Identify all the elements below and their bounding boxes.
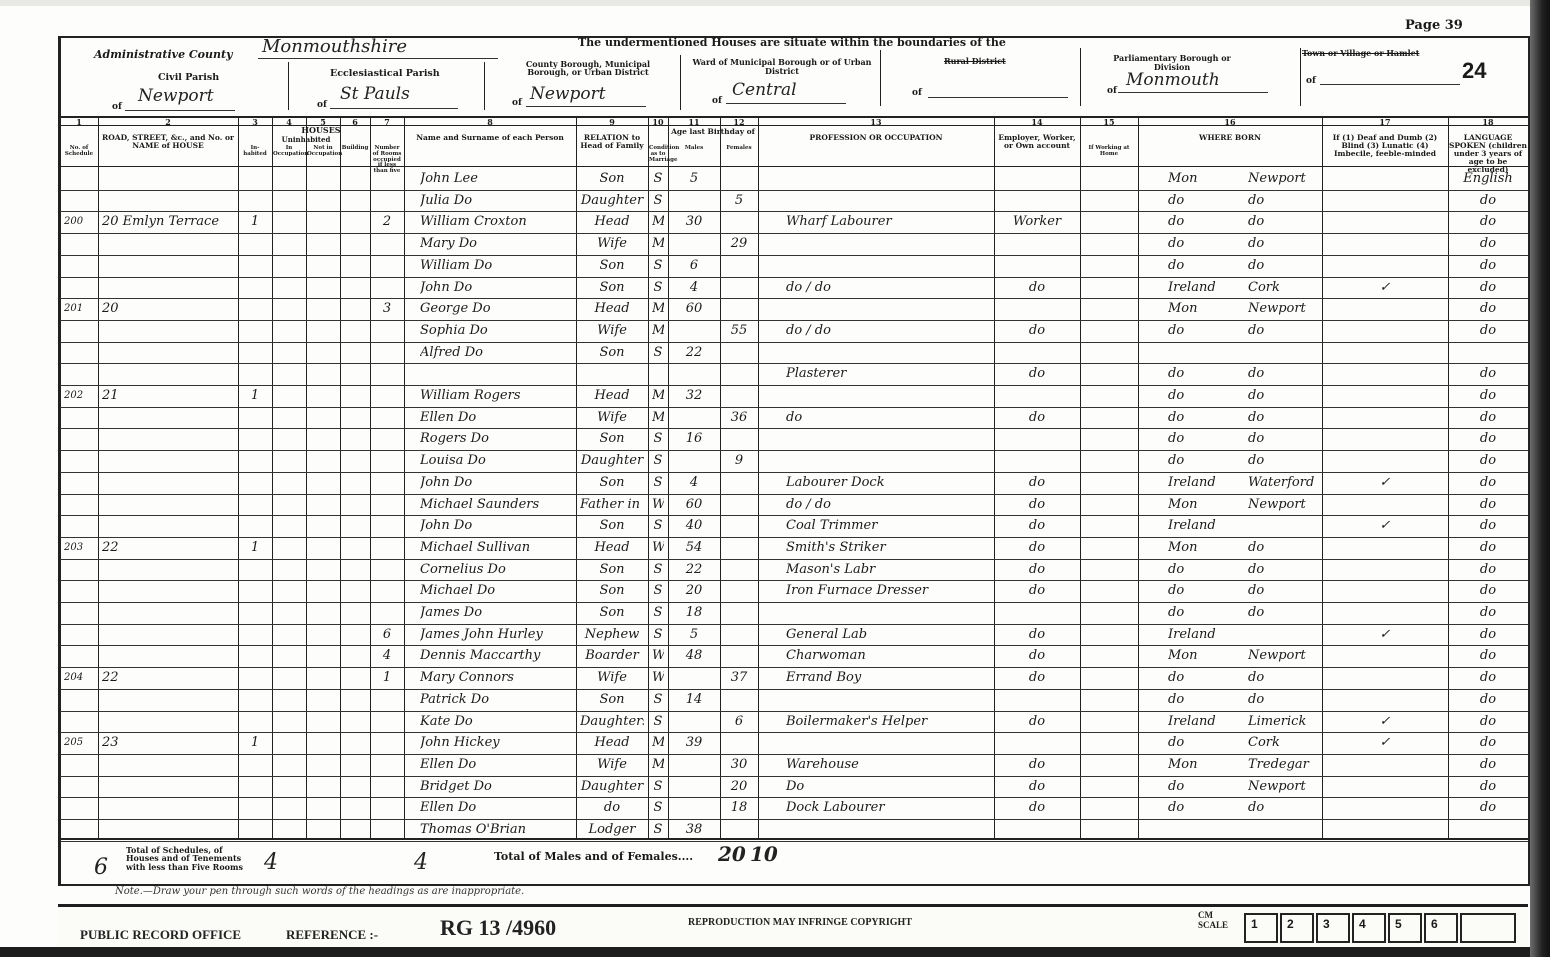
- inhabited-count: [242, 320, 268, 342]
- schedule-number: [64, 363, 94, 385]
- inhabited-count: [242, 472, 268, 494]
- column-header: ROAD, STREET, &c., and No. or NAME of HO…: [99, 134, 237, 150]
- inhabited-count: [242, 754, 268, 776]
- employment-status: do: [998, 277, 1076, 299]
- marital-condition: S: [652, 624, 664, 646]
- birthplace-county: Mon: [1168, 645, 1238, 667]
- age-female: [724, 363, 754, 385]
- address: [102, 342, 234, 364]
- birthplace-town: do: [1248, 190, 1323, 212]
- rooms-count: [374, 168, 400, 190]
- rooms-count: [374, 472, 400, 494]
- birthplace-town: do: [1248, 363, 1323, 385]
- infirmity: [1326, 342, 1444, 364]
- schedule-number: [64, 450, 94, 472]
- employment-status: [998, 450, 1076, 472]
- rooms-count: [374, 776, 400, 798]
- relation: Head: [580, 211, 644, 233]
- marital-condition: S: [652, 342, 664, 364]
- person-name: John Do: [420, 277, 584, 299]
- address: [102, 450, 234, 472]
- schedule-number: [64, 494, 94, 516]
- language: English: [1452, 168, 1524, 190]
- birthplace-county: do: [1168, 428, 1238, 450]
- birthplace-town: do: [1248, 233, 1323, 255]
- inhabited-count: [242, 645, 268, 667]
- infirmity: [1326, 559, 1444, 581]
- inhabited-count: [242, 580, 268, 602]
- birthplace-county: do: [1168, 363, 1238, 385]
- person-name: Dennis Maccarthy: [420, 645, 584, 667]
- birthplace-town: Waterford: [1248, 472, 1323, 494]
- total-schedules: 6: [94, 855, 108, 880]
- birthplace-town: [1248, 515, 1323, 537]
- age-male: 40: [672, 515, 716, 537]
- infirmity: ✓: [1326, 711, 1444, 733]
- inhabited-count: [242, 168, 268, 190]
- schedule-number: [64, 428, 94, 450]
- schedule-number: [64, 624, 94, 646]
- birthplace-county: Ireland: [1168, 711, 1238, 733]
- relation: Son: [580, 342, 644, 364]
- scale-tail: [1460, 913, 1516, 943]
- relation: Daughter: [580, 450, 644, 472]
- marital-condition: S: [652, 450, 664, 472]
- inhabited-count: [242, 689, 268, 711]
- age-male: [672, 233, 716, 255]
- census-row: Julia DoDaughterS5dododo: [60, 190, 1528, 212]
- marital-condition: S: [652, 277, 664, 299]
- birthplace-town: [1248, 342, 1323, 364]
- age-female: [724, 559, 754, 581]
- infirmity: [1326, 428, 1444, 450]
- age-male: 4: [672, 277, 716, 299]
- employment-status: do: [998, 667, 1076, 689]
- language: do: [1452, 797, 1524, 819]
- relation: Son: [580, 168, 644, 190]
- age-male: [672, 190, 716, 212]
- person-name: Sophia Do: [420, 320, 584, 342]
- age-female: [724, 168, 754, 190]
- marital-condition: M: [652, 320, 664, 342]
- age-female: [724, 298, 754, 320]
- birthplace-county: do: [1168, 211, 1238, 233]
- census-row: John DoSonS4do / dodoIrelandCork✓do: [60, 277, 1528, 299]
- employment-status: Worker: [998, 211, 1076, 233]
- header-rule: [58, 166, 1530, 167]
- person-name: Julia Do: [420, 190, 584, 212]
- address: [102, 689, 234, 711]
- schedule-number: [64, 515, 94, 537]
- rooms-count: [374, 754, 400, 776]
- infirmity: [1326, 168, 1444, 190]
- schedule-number: 205: [64, 732, 94, 754]
- occupation: [786, 342, 1014, 364]
- relation: Son: [580, 277, 644, 299]
- age-group-header: Age last Birthday of: [668, 128, 758, 136]
- column-header: Building: [341, 146, 369, 152]
- relation: Son: [580, 428, 644, 450]
- inhabited-count: [242, 624, 268, 646]
- inhabited-count: [242, 255, 268, 277]
- age-male: 4: [672, 472, 716, 494]
- birthplace-county: do: [1168, 580, 1238, 602]
- age-female: [724, 342, 754, 364]
- birthplace-county: do: [1168, 602, 1238, 624]
- person-name: Mary Do: [420, 233, 584, 255]
- language: do: [1452, 754, 1524, 776]
- column-header: No. of Schedule: [61, 146, 97, 158]
- marital-condition: [652, 363, 664, 385]
- occupation: Charwoman: [786, 645, 1014, 667]
- language: [1452, 342, 1524, 364]
- relation: Head: [580, 537, 644, 559]
- employment-status: do: [998, 472, 1076, 494]
- rooms-count: [374, 190, 400, 212]
- rooms-count: 4: [374, 645, 400, 667]
- birthplace-county: do: [1168, 667, 1238, 689]
- occupation: Plasterer: [786, 363, 1014, 385]
- language: do: [1452, 515, 1524, 537]
- age-male: [672, 363, 716, 385]
- scale-label: CM SCALE: [1198, 911, 1238, 931]
- inhabited-count: [242, 711, 268, 733]
- address: [102, 407, 234, 429]
- marital-condition: S: [652, 168, 664, 190]
- birthplace-town: Limerick: [1248, 711, 1323, 733]
- relation: Wife: [580, 233, 644, 255]
- rooms-count: [374, 732, 400, 754]
- age-male: 48: [672, 645, 716, 667]
- birthplace-town: Cork: [1248, 277, 1323, 299]
- birthplace-town: do: [1248, 428, 1323, 450]
- marital-condition: S: [652, 190, 664, 212]
- birthplace-town: do: [1248, 689, 1323, 711]
- rooms-count: [374, 580, 400, 602]
- column-number: 2: [98, 117, 238, 127]
- census-row: Mary DoWifeM29dododo: [60, 233, 1528, 255]
- occupation: [786, 233, 1014, 255]
- person-name: Mary Connors: [420, 667, 584, 689]
- age-male: [672, 320, 716, 342]
- marital-condition: M: [652, 211, 664, 233]
- column-number: 9: [576, 117, 648, 127]
- occupation: Coal Trimmer: [786, 515, 1014, 537]
- language: do: [1452, 277, 1524, 299]
- census-row: Plastererdodododo: [60, 363, 1528, 385]
- infirmity: ✓: [1326, 732, 1444, 754]
- language: do: [1452, 645, 1524, 667]
- employment-status: do: [998, 754, 1076, 776]
- employment-status: [998, 190, 1076, 212]
- relation: Wife: [580, 320, 644, 342]
- column-header: RELATION to Head of Family: [577, 134, 647, 150]
- occupation: [786, 385, 1014, 407]
- person-name: William Rogers: [420, 385, 584, 407]
- rooms-count: [374, 342, 400, 364]
- schedule-number: [64, 754, 94, 776]
- employment-status: do: [998, 776, 1076, 798]
- column-header: In-habited: [239, 146, 271, 158]
- infirmity: [1326, 190, 1444, 212]
- census-row: Michael DoSonS20Iron Furnace Dresserdodo…: [60, 580, 1528, 602]
- language: do: [1452, 233, 1524, 255]
- rooms-count: [374, 494, 400, 516]
- address: [102, 754, 234, 776]
- age-female: 6: [724, 711, 754, 733]
- address: [102, 624, 234, 646]
- employment-status: [998, 602, 1076, 624]
- birthplace-county: [1168, 342, 1238, 364]
- infirmity: [1326, 407, 1444, 429]
- occupation: Warehouse: [786, 754, 1014, 776]
- person-name: Louisa Do: [420, 450, 584, 472]
- birthplace-county: Mon: [1168, 494, 1238, 516]
- address: 22: [102, 667, 234, 689]
- rooms-count: [374, 537, 400, 559]
- infirmity: [1326, 385, 1444, 407]
- address: [102, 363, 234, 385]
- column-header: Condition as to Marriage: [649, 146, 667, 163]
- employment-status: do: [998, 363, 1076, 385]
- census-row: 6James John HurleyNephewS5General LabdoI…: [60, 624, 1528, 646]
- employment-status: do: [998, 537, 1076, 559]
- total-houses: 4: [264, 850, 278, 875]
- birthplace-town: Newport: [1248, 168, 1323, 190]
- marital-condition: S: [652, 776, 664, 798]
- age-female: [724, 602, 754, 624]
- scale-mark: 1: [1244, 913, 1278, 943]
- age-female: [724, 277, 754, 299]
- census-row: Ellen DoWifeM36dododododo: [60, 407, 1528, 429]
- infirmity: [1326, 255, 1444, 277]
- census-row: Bridget DoDaughterS20DododoNewportdo: [60, 776, 1528, 798]
- language: do: [1452, 255, 1524, 277]
- age-female: 20: [724, 776, 754, 798]
- language: do: [1452, 190, 1524, 212]
- language: do: [1452, 776, 1524, 798]
- column-header: Employer, Worker, or Own account: [995, 134, 1079, 150]
- schedule-number: 200: [64, 211, 94, 233]
- infirmity: [1326, 233, 1444, 255]
- inhabited-count: [242, 407, 268, 429]
- column-header: Males: [669, 146, 719, 152]
- age-male: [672, 450, 716, 472]
- age-male: 5: [672, 624, 716, 646]
- totals-males-females-label: Total of Males and of Females....: [494, 850, 693, 863]
- address: [102, 776, 234, 798]
- age-male: 30: [672, 211, 716, 233]
- occupation: Errand Boy: [786, 667, 1014, 689]
- rooms-count: 1: [374, 667, 400, 689]
- occupation: [786, 428, 1014, 450]
- column-header: WHERE BORN: [1139, 134, 1321, 142]
- address: [102, 580, 234, 602]
- marital-condition: M: [652, 233, 664, 255]
- marital-condition: M: [652, 407, 664, 429]
- person-name: Alfred Do: [420, 342, 584, 364]
- infirmity: [1326, 689, 1444, 711]
- occupation: [786, 255, 1014, 277]
- census-row: 204221Mary ConnorsWifeWid37Errand Boydod…: [60, 667, 1528, 689]
- person-name: Patrick Do: [420, 689, 584, 711]
- age-male: 20: [672, 580, 716, 602]
- scale-mark: 3: [1316, 913, 1350, 943]
- employment-status: do: [998, 624, 1076, 646]
- birthplace-county: Ireland: [1168, 624, 1238, 646]
- column-header: Name and Surname of each Person: [405, 134, 575, 142]
- footnote: Note.—Draw your pen through such words o…: [115, 886, 524, 897]
- marital-condition: S: [652, 689, 664, 711]
- schedule-number: [64, 580, 94, 602]
- age-male: [672, 711, 716, 733]
- age-female: [724, 385, 754, 407]
- birthplace-town: do: [1248, 385, 1323, 407]
- census-row: 201203George DoHeadM60MonNewportdo: [60, 298, 1528, 320]
- age-male: 60: [672, 494, 716, 516]
- birthplace-county: do: [1168, 255, 1238, 277]
- address: [102, 190, 234, 212]
- employment-status: do: [998, 494, 1076, 516]
- schedule-number: [64, 320, 94, 342]
- person-name: Kate Do: [420, 711, 584, 733]
- census-row: Alfred DoSonS22: [60, 342, 1528, 364]
- infirmity: [1326, 797, 1444, 819]
- column-header: Females: [721, 146, 757, 152]
- inhabited-count: 1: [242, 732, 268, 754]
- marital-condition: S: [652, 602, 664, 624]
- person-name: Michael Sullivan: [420, 537, 584, 559]
- age-female: 37: [724, 667, 754, 689]
- rooms-count: [374, 797, 400, 819]
- inhabited-count: [242, 342, 268, 364]
- total-rooms: 4: [414, 850, 428, 875]
- schedule-number: [64, 776, 94, 798]
- employment-status: do: [998, 711, 1076, 733]
- address: 22: [102, 537, 234, 559]
- person-name: George Do: [420, 298, 584, 320]
- relation: Son: [580, 515, 644, 537]
- rooms-count: [374, 255, 400, 277]
- marital-condition: S: [652, 428, 664, 450]
- age-male: [672, 797, 716, 819]
- language: do: [1452, 559, 1524, 581]
- relation: Head: [580, 385, 644, 407]
- birthplace-county: Mon: [1168, 298, 1238, 320]
- marital-condition: Wid: [652, 494, 664, 516]
- relation: Boarder: [580, 645, 644, 667]
- inhabited-count: [242, 559, 268, 581]
- occupation: do / do: [786, 320, 1014, 342]
- marital-condition: S: [652, 472, 664, 494]
- infirmity: [1326, 363, 1444, 385]
- rooms-count: [374, 515, 400, 537]
- occupation: Dock Labourer: [786, 797, 1014, 819]
- relation: Wife: [580, 667, 644, 689]
- address: 20 Emlyn Terrace: [102, 211, 234, 233]
- relation: Son: [580, 602, 644, 624]
- age-female: [724, 580, 754, 602]
- schedule-number: [64, 797, 94, 819]
- employment-status: [998, 233, 1076, 255]
- age-female: 29: [724, 233, 754, 255]
- age-male: 32: [672, 385, 716, 407]
- rooms-count: [374, 559, 400, 581]
- birthplace-county: Mon: [1168, 754, 1238, 776]
- inhabited-count: [242, 797, 268, 819]
- language: do: [1452, 494, 1524, 516]
- infirmity: [1326, 537, 1444, 559]
- census-row: Cornelius DoSonS22Mason's Labrdodododo: [60, 559, 1528, 581]
- scale-mark: 4: [1352, 913, 1386, 943]
- employment-status: [998, 732, 1076, 754]
- age-male: [672, 667, 716, 689]
- person-name: Ellen Do: [420, 754, 584, 776]
- scale-mark: 5: [1388, 913, 1422, 943]
- relation: Daughters: [580, 711, 644, 733]
- birthplace-county: do: [1168, 797, 1238, 819]
- rooms-count: [374, 233, 400, 255]
- occupation: Wharf Labourer: [786, 211, 1014, 233]
- language: do: [1452, 211, 1524, 233]
- relation: Wife: [580, 407, 644, 429]
- employment-status: [998, 168, 1076, 190]
- infirmity: [1326, 298, 1444, 320]
- marital-condition: S: [652, 580, 664, 602]
- occupation: do: [786, 407, 1014, 429]
- birthplace-town: do: [1248, 450, 1323, 472]
- employment-status: [998, 298, 1076, 320]
- schedule-number: [64, 342, 94, 364]
- language: do: [1452, 363, 1524, 385]
- language: do: [1452, 537, 1524, 559]
- address: [102, 233, 234, 255]
- occupation: [786, 168, 1014, 190]
- inhabited-count: [242, 298, 268, 320]
- relation: Wife: [580, 754, 644, 776]
- birthplace-county: do: [1168, 407, 1238, 429]
- birthplace-town: Newport: [1248, 298, 1323, 320]
- totals-rule: [58, 838, 1530, 840]
- age-female: [724, 472, 754, 494]
- address: [102, 711, 234, 733]
- employment-status: do: [998, 320, 1076, 342]
- census-row: Louisa DoDaughterS9dododo: [60, 450, 1528, 472]
- age-male: 22: [672, 342, 716, 364]
- schedule-number: [64, 602, 94, 624]
- row-rule: [60, 841, 1528, 842]
- schedule-number: 201: [64, 298, 94, 320]
- marital-condition: Wid: [652, 645, 664, 667]
- birthplace-county: do: [1168, 689, 1238, 711]
- age-male: 60: [672, 298, 716, 320]
- language: do: [1452, 450, 1524, 472]
- inhabited-count: [242, 602, 268, 624]
- column-number: 10: [648, 117, 668, 127]
- language: do: [1452, 689, 1524, 711]
- birthplace-town: [1248, 624, 1323, 646]
- schedule-number: 204: [64, 667, 94, 689]
- address: [102, 797, 234, 819]
- age-male: 14: [672, 689, 716, 711]
- birthplace-county: do: [1168, 776, 1238, 798]
- person-name: [420, 363, 584, 385]
- age-male: 18: [672, 602, 716, 624]
- occupation: [786, 190, 1014, 212]
- schedule-number: [64, 277, 94, 299]
- age-male: 22: [672, 559, 716, 581]
- inhabited-count: [242, 450, 268, 472]
